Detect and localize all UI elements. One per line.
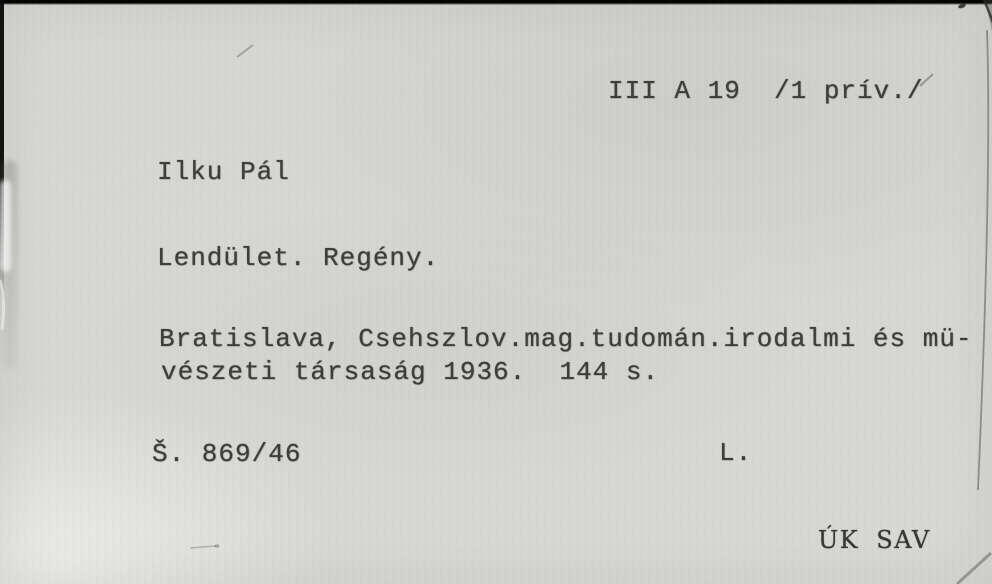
paper-chip (0, 180, 11, 272)
scan-edge-top (0, 0, 992, 5)
format-letter: L. (719, 438, 752, 468)
title-line: Lendület. Regény. (157, 243, 439, 273)
library-stamp: ÚK SAV (818, 526, 931, 554)
call-number-line: III A 19 /1 prív./ (608, 76, 923, 106)
author-line: Ilku Pál (157, 157, 290, 187)
imprint-line-1: Bratislava, Csehszlov.mag.tudomán.irodal… (159, 324, 973, 354)
scanned-catalog-card: III A 19 /1 prív./ Ilku Pál Lendület. Re… (0, 0, 992, 584)
imprint-line-2: vészeti társaság 1936. 144 s. (161, 357, 659, 387)
shelfmark-line: Š. 869/46 (152, 439, 301, 469)
